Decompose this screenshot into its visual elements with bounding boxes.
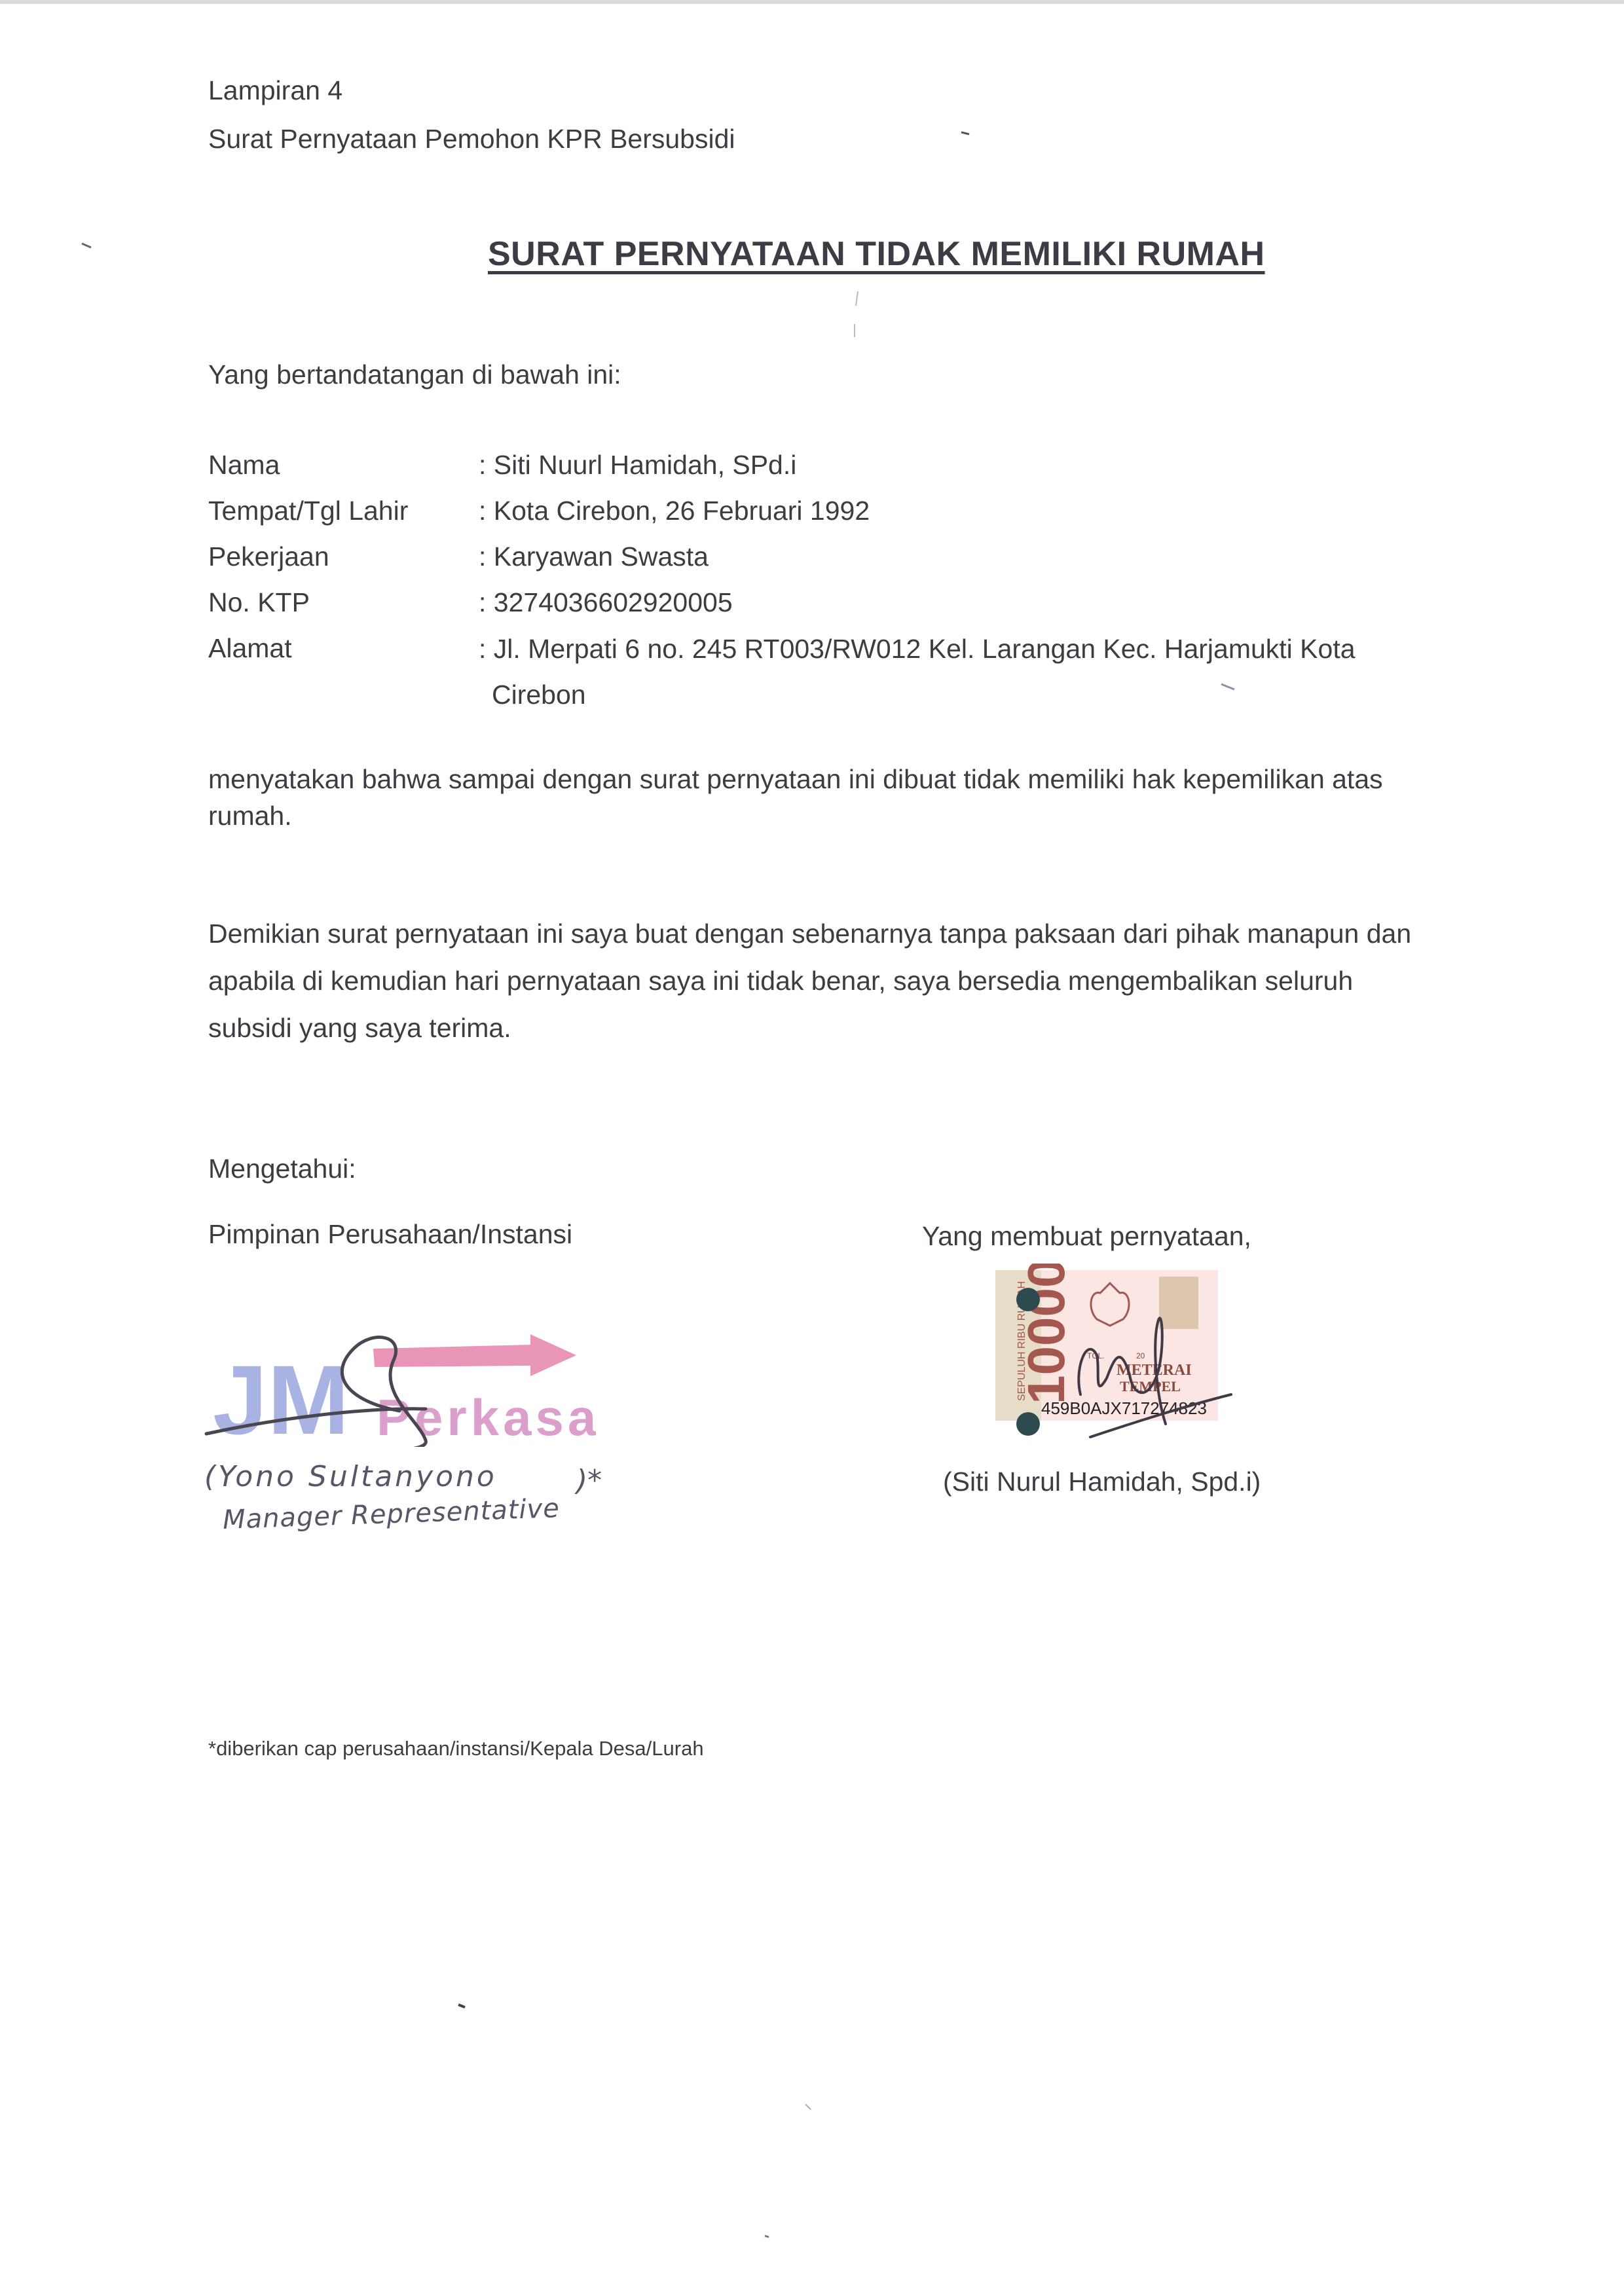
- handwritten-manager-name: (Yono Sultanyono: [204, 1460, 497, 1493]
- declarant-role-label: Yang membuat pernyataan,: [922, 1223, 1251, 1250]
- declarant-name: (Siti Nurul Hamidah, Spd.i): [943, 1468, 1261, 1495]
- acknowledged-label: Mengetahui:: [208, 1156, 356, 1182]
- scan-speck: [961, 132, 969, 134]
- footnote: *diberikan cap perusahaan/instansi/Kepal…: [208, 1738, 704, 1758]
- hologram-dot: [1016, 1412, 1040, 1436]
- meterai-pattern: [1159, 1277, 1198, 1329]
- hologram-dot: [1016, 1288, 1040, 1311]
- handwritten-closing-mark: )*: [576, 1464, 602, 1497]
- company-stamp: JM Perkasa: [203, 1322, 596, 1447]
- statement-paragraph: menyatakan bahwa sampai dengan surat per…: [208, 761, 1439, 834]
- field-value: : 3274036602920005: [479, 589, 733, 616]
- document-subtitle: Surat Pernyataan Pemohon KPR Bersubsidi: [208, 126, 735, 153]
- stamp-logo-jm: JM: [213, 1345, 349, 1447]
- document-title: SURAT PERNYATAAN TIDAK MEMILIKI RUMAH: [488, 237, 1265, 271]
- field-value: : Jl. Merpati 6 no. 245 RT003/RW012 Kel.…: [479, 626, 1448, 718]
- scan-speck: [765, 2236, 769, 2237]
- field-label: Pekerjaan: [208, 543, 329, 570]
- field-value: : Karyawan Swasta: [479, 543, 709, 570]
- stamp-arrow-icon: [373, 1334, 576, 1376]
- scan-speck: [855, 291, 858, 337]
- field-label: Alamat: [208, 635, 292, 662]
- field-label: No. KTP: [208, 589, 310, 616]
- company-role-label: Pimpinan Perusahaan/Instansi: [208, 1221, 572, 1248]
- meterai-year: 20: [1136, 1351, 1145, 1360]
- scan-speck: [82, 244, 91, 247]
- closing-paragraph: Demikian surat pernyataan ini saya buat …: [208, 910, 1439, 1051]
- field-value: : Kota Cirebon, 26 Februari 1992: [479, 498, 870, 524]
- attachment-label: Lampiran 4: [208, 77, 342, 104]
- scan-speck: [458, 2005, 465, 2007]
- handwritten-manager-title: Manager Representative: [222, 1493, 560, 1535]
- field-label: Tempat/Tgl Lahir: [208, 498, 408, 524]
- scan-artifacts: [0, 0, 1624, 2296]
- scan-speck: [805, 2104, 811, 2109]
- intro-text: Yang bertandatangan di bawah ini:: [208, 361, 621, 388]
- field-value: : Siti Nuurl Hamidah, SPd.i: [479, 452, 796, 479]
- field-label: Nama: [208, 452, 280, 479]
- scan-top-edge: [0, 0, 1624, 4]
- meterai-stamp: 10000 SEPULUH RIBU RUPIAH TGL. 20 METERA…: [989, 1264, 1238, 1453]
